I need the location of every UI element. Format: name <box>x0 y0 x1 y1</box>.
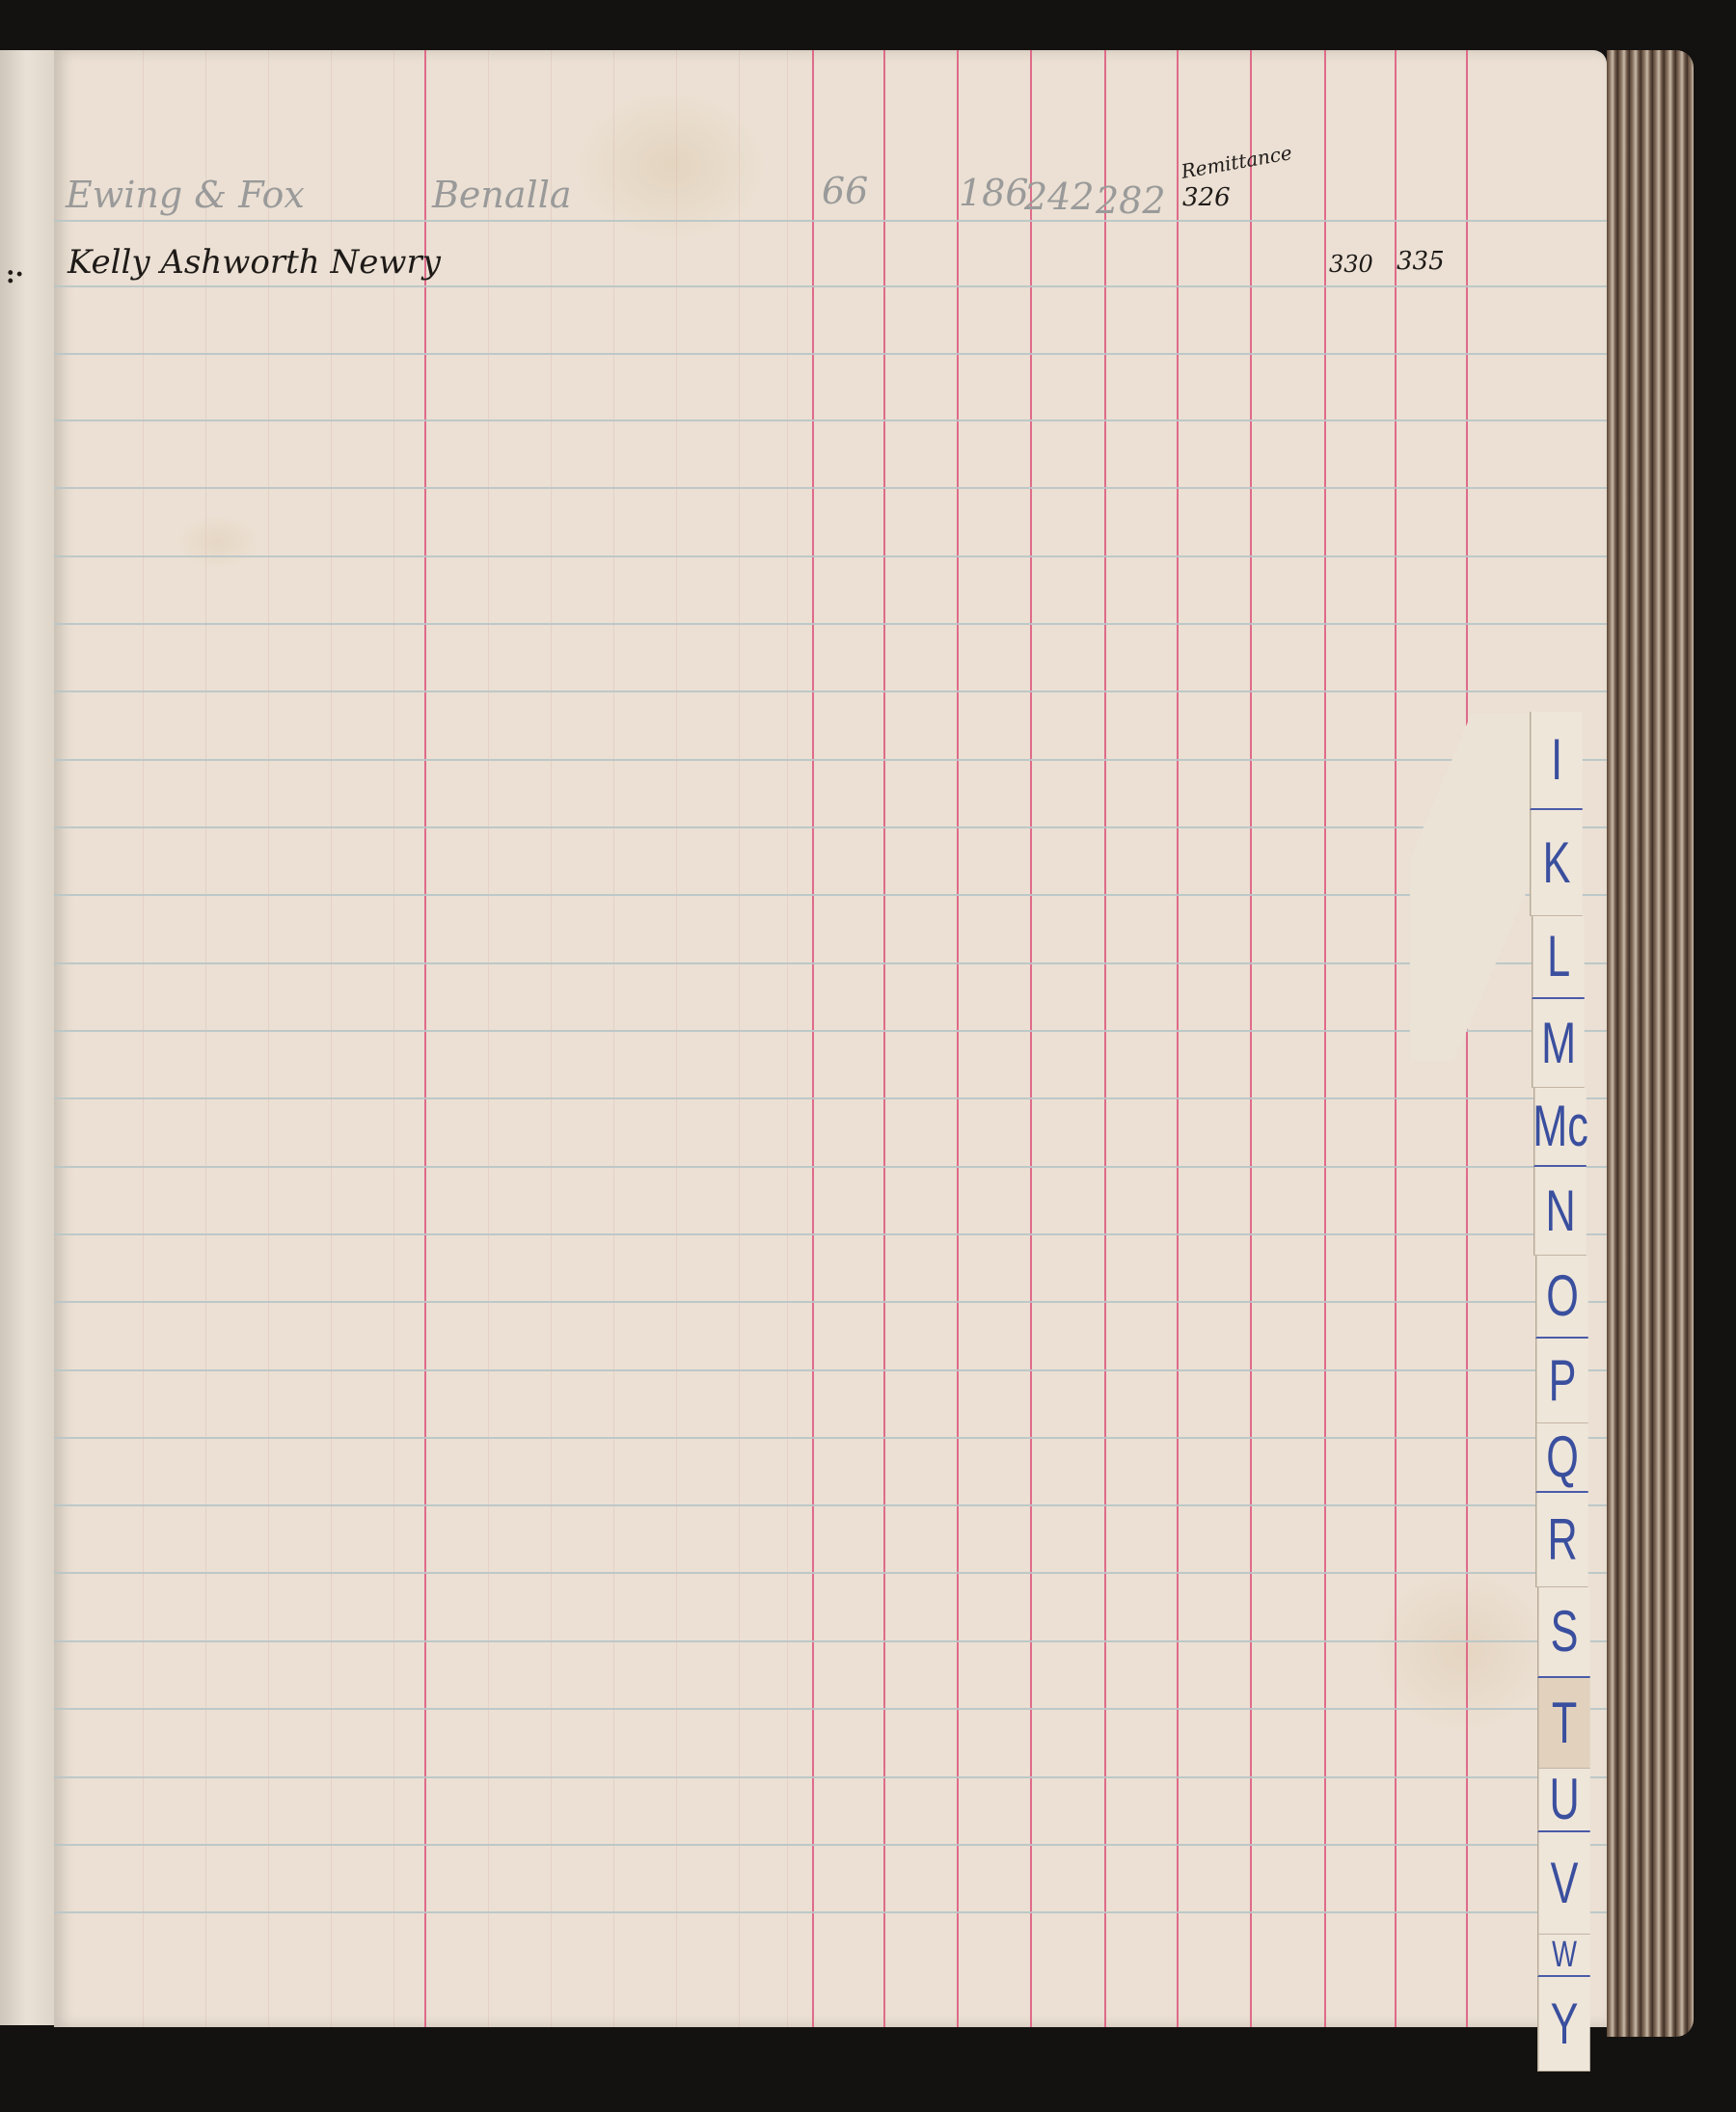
faint-column-rule <box>488 50 489 2027</box>
red-column-rule <box>1466 50 1468 2027</box>
faint-column-rule <box>143 50 144 2027</box>
index-tab-K[interactable]: K <box>1530 810 1583 916</box>
index-tab-P[interactable]: P <box>1535 1339 1588 1423</box>
tab-letter: S <box>1551 1603 1579 1661</box>
red-column-rule <box>1104 50 1106 2027</box>
tab-letter: V <box>1551 1855 1579 1912</box>
tab-letter: O <box>1546 1267 1579 1325</box>
blue-row-rule <box>54 1097 1607 1099</box>
index-tab-T[interactable]: T <box>1537 1678 1590 1769</box>
tab-letter-text: Mc <box>1533 1094 1588 1158</box>
index-tab-U[interactable]: U <box>1537 1769 1590 1832</box>
blue-row-rule <box>54 353 1607 355</box>
entry-location: Benalla <box>432 174 572 216</box>
blue-row-rule <box>54 759 1607 761</box>
tab-letter: P <box>1549 1352 1577 1410</box>
blue-row-rule <box>54 220 1607 222</box>
entry-page-number: 66 <box>822 170 868 212</box>
faint-column-rule <box>393 50 394 2027</box>
index-tab-Q[interactable]: Q <box>1535 1423 1588 1493</box>
faint-column-rule <box>787 50 788 2027</box>
blue-row-rule <box>54 420 1607 421</box>
blue-row-rule <box>54 1708 1607 1710</box>
blue-row-rule <box>54 690 1607 692</box>
tab-letter: I <box>1551 731 1562 789</box>
index-tab-M[interactable]: M <box>1532 999 1585 1088</box>
blue-row-rule <box>54 1572 1607 1574</box>
blue-row-rule <box>54 1030 1607 1032</box>
red-column-rule <box>1177 50 1179 2027</box>
faint-column-rule <box>268 50 269 2027</box>
red-column-rule <box>957 50 959 2027</box>
index-tab-W[interactable]: W <box>1537 1935 1590 1977</box>
faint-column-rule <box>551 50 552 2027</box>
entry-page-number: 335 <box>1397 247 1445 276</box>
index-tab-Mc[interactable]: Mc <box>1533 1088 1587 1167</box>
left-page-edge: :· <box>0 50 56 2025</box>
page-edges <box>1607 50 1694 2037</box>
blue-row-rule <box>54 1369 1607 1371</box>
tab-letter: K <box>1543 834 1571 892</box>
blue-row-rule <box>54 1166 1607 1168</box>
tab-letter: Mc <box>1533 1097 1588 1155</box>
red-column-rule <box>1250 50 1252 2027</box>
blue-row-rule <box>54 962 1607 964</box>
blue-row-rule <box>54 826 1607 828</box>
red-column-rule <box>1324 50 1326 2027</box>
alphabet-index-tabs: I K L M Mc N O P Q R S T U V W Y <box>1530 712 1605 2062</box>
blue-row-rule <box>54 1776 1607 1778</box>
tab-letter: N <box>1545 1182 1575 1240</box>
entry-name: Kelly Ashworth Newry <box>68 243 441 282</box>
faint-column-rule <box>676 50 677 2027</box>
tab-letter: U <box>1549 1771 1579 1828</box>
red-column-rule <box>424 50 426 2027</box>
entry-annotation: Remittance <box>1180 141 1294 183</box>
entry-page-number: 186 <box>959 172 1029 214</box>
index-tab-R[interactable]: R <box>1535 1493 1588 1587</box>
tab-letter: Q <box>1546 1428 1579 1486</box>
faint-column-rule <box>613 50 614 2027</box>
tab-letter: W <box>1552 1936 1577 1973</box>
tab-letter: L <box>1547 928 1570 986</box>
ledger-page: Ewing & Fox Benalla 66 186 242 282 Remit… <box>54 50 1607 2027</box>
blue-row-rule <box>54 1437 1607 1439</box>
red-column-rule <box>812 50 814 2027</box>
index-tab-N[interactable]: N <box>1533 1167 1587 1256</box>
entry-page-number: 330 <box>1329 251 1373 278</box>
faint-column-rule <box>739 50 740 2027</box>
tab-letter: Y <box>1551 1995 1579 2053</box>
entry-page-number: 242 <box>1024 176 1095 218</box>
blue-row-rule <box>54 1504 1607 1506</box>
blue-row-rule <box>54 487 1607 489</box>
blue-row-rule <box>54 1233 1607 1235</box>
red-column-rule <box>1395 50 1397 2027</box>
blue-row-rule <box>54 1911 1607 1913</box>
tab-letter: M <box>1541 1015 1576 1072</box>
index-tab-O[interactable]: O <box>1535 1256 1588 1339</box>
blue-row-rule <box>54 1844 1607 1846</box>
blue-row-rule <box>54 894 1607 896</box>
blue-row-rule <box>54 623 1607 625</box>
red-column-rule <box>883 50 885 2027</box>
blue-row-rule <box>54 1301 1607 1303</box>
tab-letter: T <box>1552 1694 1577 1752</box>
ink-mark: :· <box>6 260 31 289</box>
blue-row-rule <box>54 285 1607 287</box>
index-tab-V[interactable]: V <box>1537 1832 1590 1935</box>
index-tab-L[interactable]: L <box>1532 916 1585 999</box>
blue-row-rule <box>54 555 1607 557</box>
blue-row-rule <box>54 1640 1607 1642</box>
red-column-rule <box>1030 50 1032 2027</box>
entry-page-number: 282 <box>1096 179 1166 222</box>
faint-column-rule <box>205 50 206 2027</box>
index-tab-Y[interactable]: Y <box>1537 1977 1590 2071</box>
index-tab-S[interactable]: S <box>1537 1587 1590 1678</box>
entry-page-number: 326 <box>1182 183 1231 212</box>
faint-column-rule <box>331 50 332 2027</box>
tab-letter: R <box>1547 1511 1577 1569</box>
index-tab-I[interactable]: I <box>1530 712 1583 810</box>
entry-name: Ewing & Fox <box>66 174 305 216</box>
